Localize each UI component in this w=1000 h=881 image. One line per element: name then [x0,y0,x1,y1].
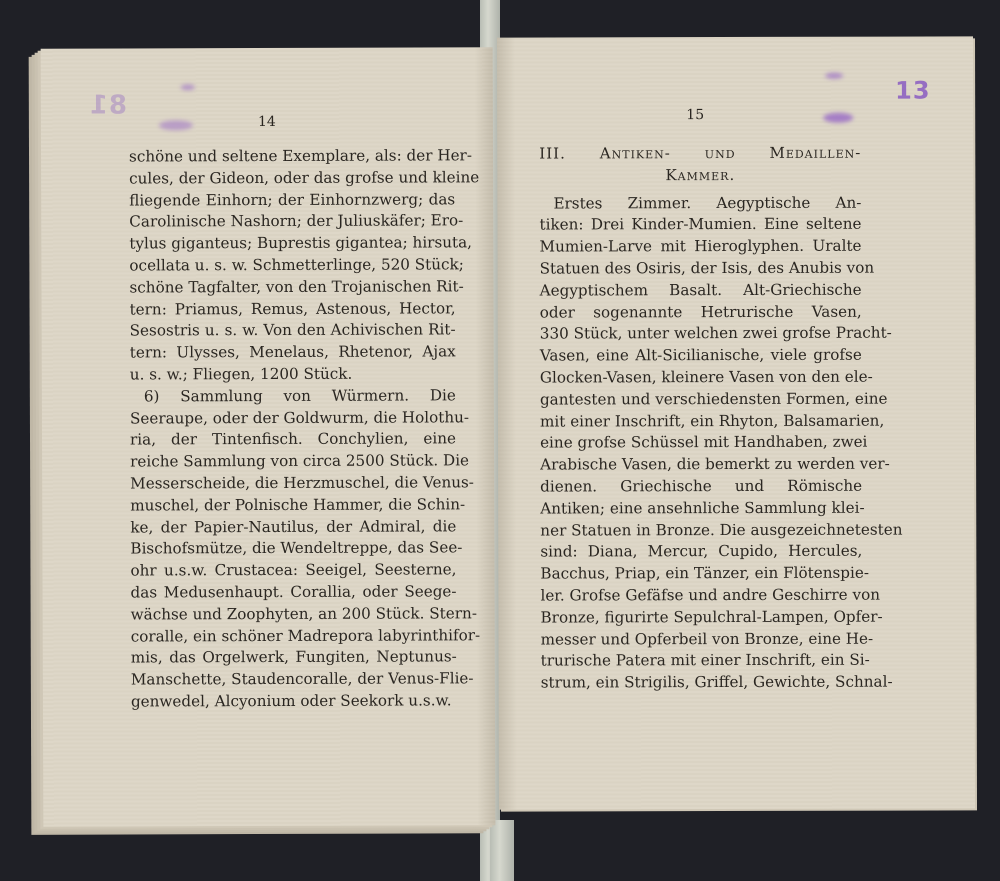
body-text: III. Antiken- und Medaillen- Kammer. Ers… [539,143,862,695]
text-line: Bacchus, Priap, ein Tänzer, ein Flötensp… [540,563,862,586]
right-page: 13 15 III. Antiken- und Medaillen- Kamme… [497,36,975,809]
binding-strip-bottom [490,820,514,881]
text-line: Vasen, eine Alt-Sicilianische, viele gro… [540,345,862,368]
text-line: muschel, der Polnische Hammer, die Schin… [130,494,456,517]
text-line: tern: Priamus, Remus, Astenous, Hector, [130,298,456,321]
text-line: trurische Patera mit einer Inschrift, ei… [541,650,863,673]
text-line: das Medusenhaupt. Corallia, oder Seege- [131,581,457,604]
text-line: eine grofse Schüssel mit Handhaben, zwei [540,432,862,455]
text-line: genwedel, Alcyonium oder Seekork u.s.w. [131,690,457,713]
text-line: dienen. Griechische und Römische [540,476,862,499]
left-page: 81 14 schöne und seltene Exemplare, als:… [41,47,496,827]
text-line: ocellata u. s. w. Schmetterlinge, 520 St… [129,254,455,277]
ink-smudge [823,113,853,123]
page-number: 15 [675,107,715,123]
text-line: Manschette, Staudencoralle, der Venus-Fl… [131,668,457,691]
text-line: mit einer Inschrift, ein Rhyton, Balsama… [540,410,862,433]
text-line: Mumien-Larve mit Hieroglyphen. Uralte [540,236,862,259]
text-line: Carolinische Nashorn; der Juliuskäfer; E… [129,211,455,234]
text-line: coralle, ein schöner Madrepora labyrinth… [131,625,457,648]
ink-smudge [181,84,195,90]
text-line: schöne Tagfalter, von den Trojanischen R… [129,276,455,299]
text-line: u. s. w.; Fliegen, 1200 Stück. [130,363,456,386]
text-line: Erstes Zimmer. Aegyptische An- [539,192,861,215]
text-line: tern: Ulysses, Menelaus, Rhetenor, Ajax [130,342,456,365]
text-line: Bischofsmütze, die Wendeltreppe, das See… [130,538,456,561]
library-stamp-mirrored: 81 [89,90,127,120]
text-line: ria, der Tintenfisch. Conchylien, eine [130,429,456,452]
text-line: ler. Grofse Gefäfse und andre Geschirre … [540,585,862,608]
text-line: mis, das Orgelwerk, Fungiten, Neptunus- [131,647,457,670]
text-line: Sesostris u. s. w. Von den Achivischen R… [130,320,456,343]
text-line: messer und Opferbeil von Bronze, eine He… [541,628,863,651]
text-line: Messerscheide, die Herzmuschel, die Venu… [130,472,456,495]
text-line: sind: Diana, Mercur, Cupido, Hercules, [540,541,862,564]
text-line: 330 Stück, unter welchen zwei grofse Pra… [540,323,862,346]
text-line: Antiken; eine ansehnliche Sammlung klei- [540,497,862,520]
text-line: cules, der Gideon, oder das grofse und k… [129,167,455,190]
text-line: Aegyptischem Basalt. Alt-Griechische [540,279,862,302]
section-heading-continued: Kammer. [539,164,861,187]
text-line: ohr u.s.w. Crustacea: Seeigel, Seesterne… [130,559,456,582]
section-heading: III. Antiken- und Medaillen- [539,143,861,166]
text-line: 6) Sammlung von Würmern. Die [130,385,456,408]
gutter-shadow [475,47,496,825]
body-text: schöne und seltene Exemplare, als: der H… [129,145,457,713]
text-line: ke, der Papier-Nautilus, der Admiral, di… [130,516,456,539]
text-line: strum, ein Strigilis, Griffel, Gewichte,… [541,672,863,695]
text-line: Bronze, figurirte Sepulchral-Lampen, Opf… [540,606,862,629]
library-stamp: 13 [895,76,930,104]
text-line: Seeraupe, oder der Goldwurm, die Holothu… [130,407,456,430]
page-number: 14 [247,114,287,130]
text-line: fliegende Einhorn; der Einhornzwerg; das [129,189,455,212]
text-line: ner Statuen in Bronze. Die ausgezeichnet… [540,519,862,542]
text-line: gantesten und verschiedensten Formen, ei… [540,388,862,411]
text-line: schöne und seltene Exemplare, als: der H… [129,145,455,168]
text-line: Statuen des Osiris, der Isis, des Anubis… [540,258,862,281]
text-line: reiche Sammlung von circa 2500 Stück. Di… [130,450,456,473]
text-line: tylus giganteus; Buprestis gigantea; hir… [129,233,455,256]
text-line: oder sogenannte Hetrurische Vasen, [540,301,862,324]
text-line: Glocken-Vasen, kleinere Vasen von den el… [540,367,862,390]
text-line: Arabische Vasen, die bemerkt zu werden v… [540,454,862,477]
ink-smudge [159,120,193,130]
text-line: wächse und Zoophyten, an 200 Stück. Ster… [131,603,457,626]
gutter-shadow [497,38,517,810]
ink-smudge [825,73,843,79]
text-line: tiken: Drei Kinder-Mumien. Eine seltene [539,214,861,237]
